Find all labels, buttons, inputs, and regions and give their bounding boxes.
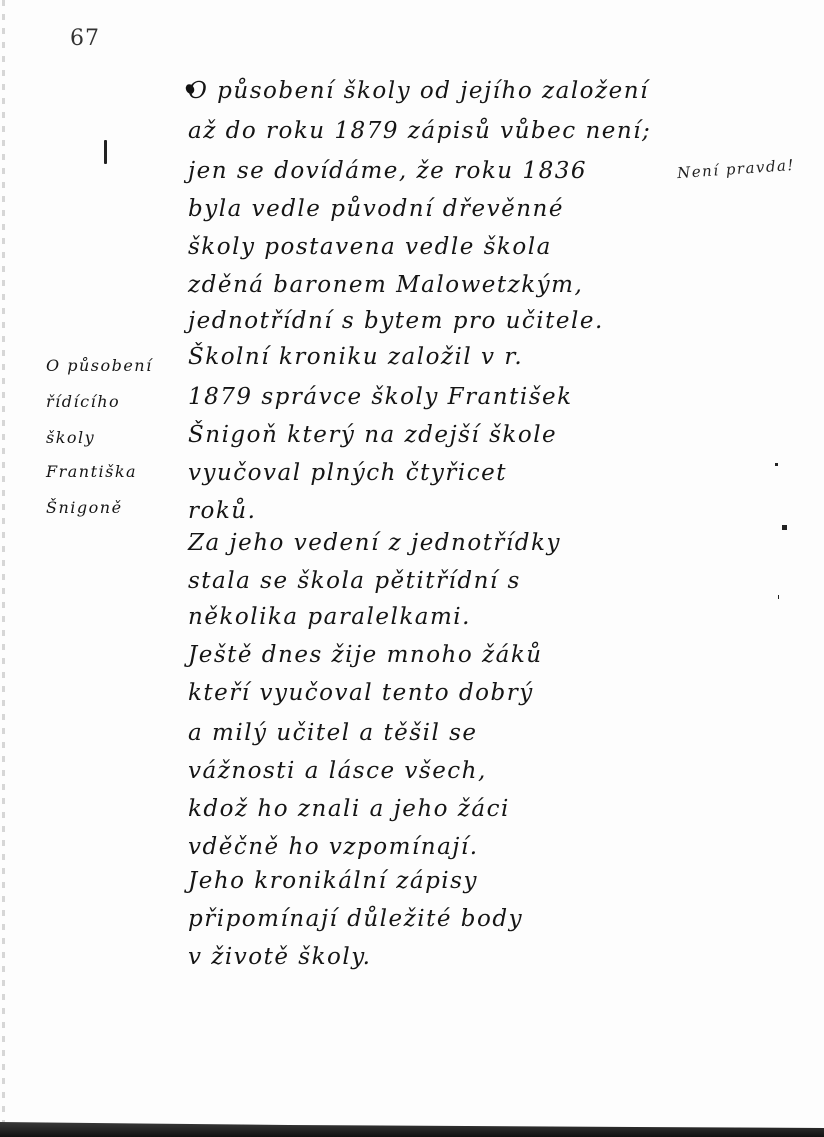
text-line: jen se dovídáme, že roku 1836 xyxy=(188,158,587,184)
text-line: stala se škola pětitřídní s xyxy=(188,568,521,594)
page-binding-edge xyxy=(2,0,5,1137)
text-line: vážnosti a lásce všech, xyxy=(188,758,487,784)
text-line: několika paralelkami. xyxy=(188,604,471,630)
text-line: v životě školy. xyxy=(188,944,371,970)
text-line: kteří vyučoval tento dobrý xyxy=(188,680,534,706)
text-line: Školní kroniku založil v r. xyxy=(188,344,523,370)
text-line: Šnigoň který na zdejší škole xyxy=(188,422,557,448)
text-line: Jeho kronikální zápisy xyxy=(188,868,478,894)
text-line: až do roku 1879 zápisů vůbec není; xyxy=(188,118,651,144)
side-annotation: Není pravda! xyxy=(677,156,796,182)
text-line: zděná baronem Malowetzkým, xyxy=(188,272,583,298)
speck xyxy=(775,463,778,466)
margin-heading-line: řídícího xyxy=(46,392,120,411)
margin-heading-line: Františka xyxy=(46,462,137,481)
speck xyxy=(782,525,787,530)
text-line: Za jeho vedení z jednotřídky xyxy=(188,530,561,556)
text-line: jednotřídní s bytem pro učitele. xyxy=(188,308,604,334)
text-line: byla vedle původní dřevěnné xyxy=(188,196,564,222)
text-line: Ještě dnes žije mnoho žáků xyxy=(188,642,543,668)
text-line: vděčně ho vzpomínají. xyxy=(188,834,479,860)
speck xyxy=(778,595,779,599)
text-line: 1879 správce školy František xyxy=(188,384,573,410)
margin-heading-line: Šnigoně xyxy=(46,498,123,517)
text-line: a milý učitel a těšil se xyxy=(188,720,478,746)
page-number: 67 xyxy=(70,26,100,51)
text-line: roků. xyxy=(188,498,256,524)
text-line: kdož ho znali a jeho žáci xyxy=(188,796,510,822)
text-line: připomínají důležité body xyxy=(188,906,523,932)
margin-heading-line: školy xyxy=(46,428,95,447)
scan-edge-shadow xyxy=(0,1122,824,1137)
text-line: O působení školy od jejího založení xyxy=(188,78,649,104)
text-line: školy postavena vedle škola xyxy=(188,234,552,260)
text-line: vyučoval plných čtyřicet xyxy=(188,460,507,486)
side-annotation-text: Není pravda! xyxy=(677,156,796,182)
manuscript-page: 67 O působení školy od jejího založení a… xyxy=(0,0,824,1137)
section-mark xyxy=(104,140,107,164)
margin-heading-line: O působení xyxy=(46,356,153,375)
